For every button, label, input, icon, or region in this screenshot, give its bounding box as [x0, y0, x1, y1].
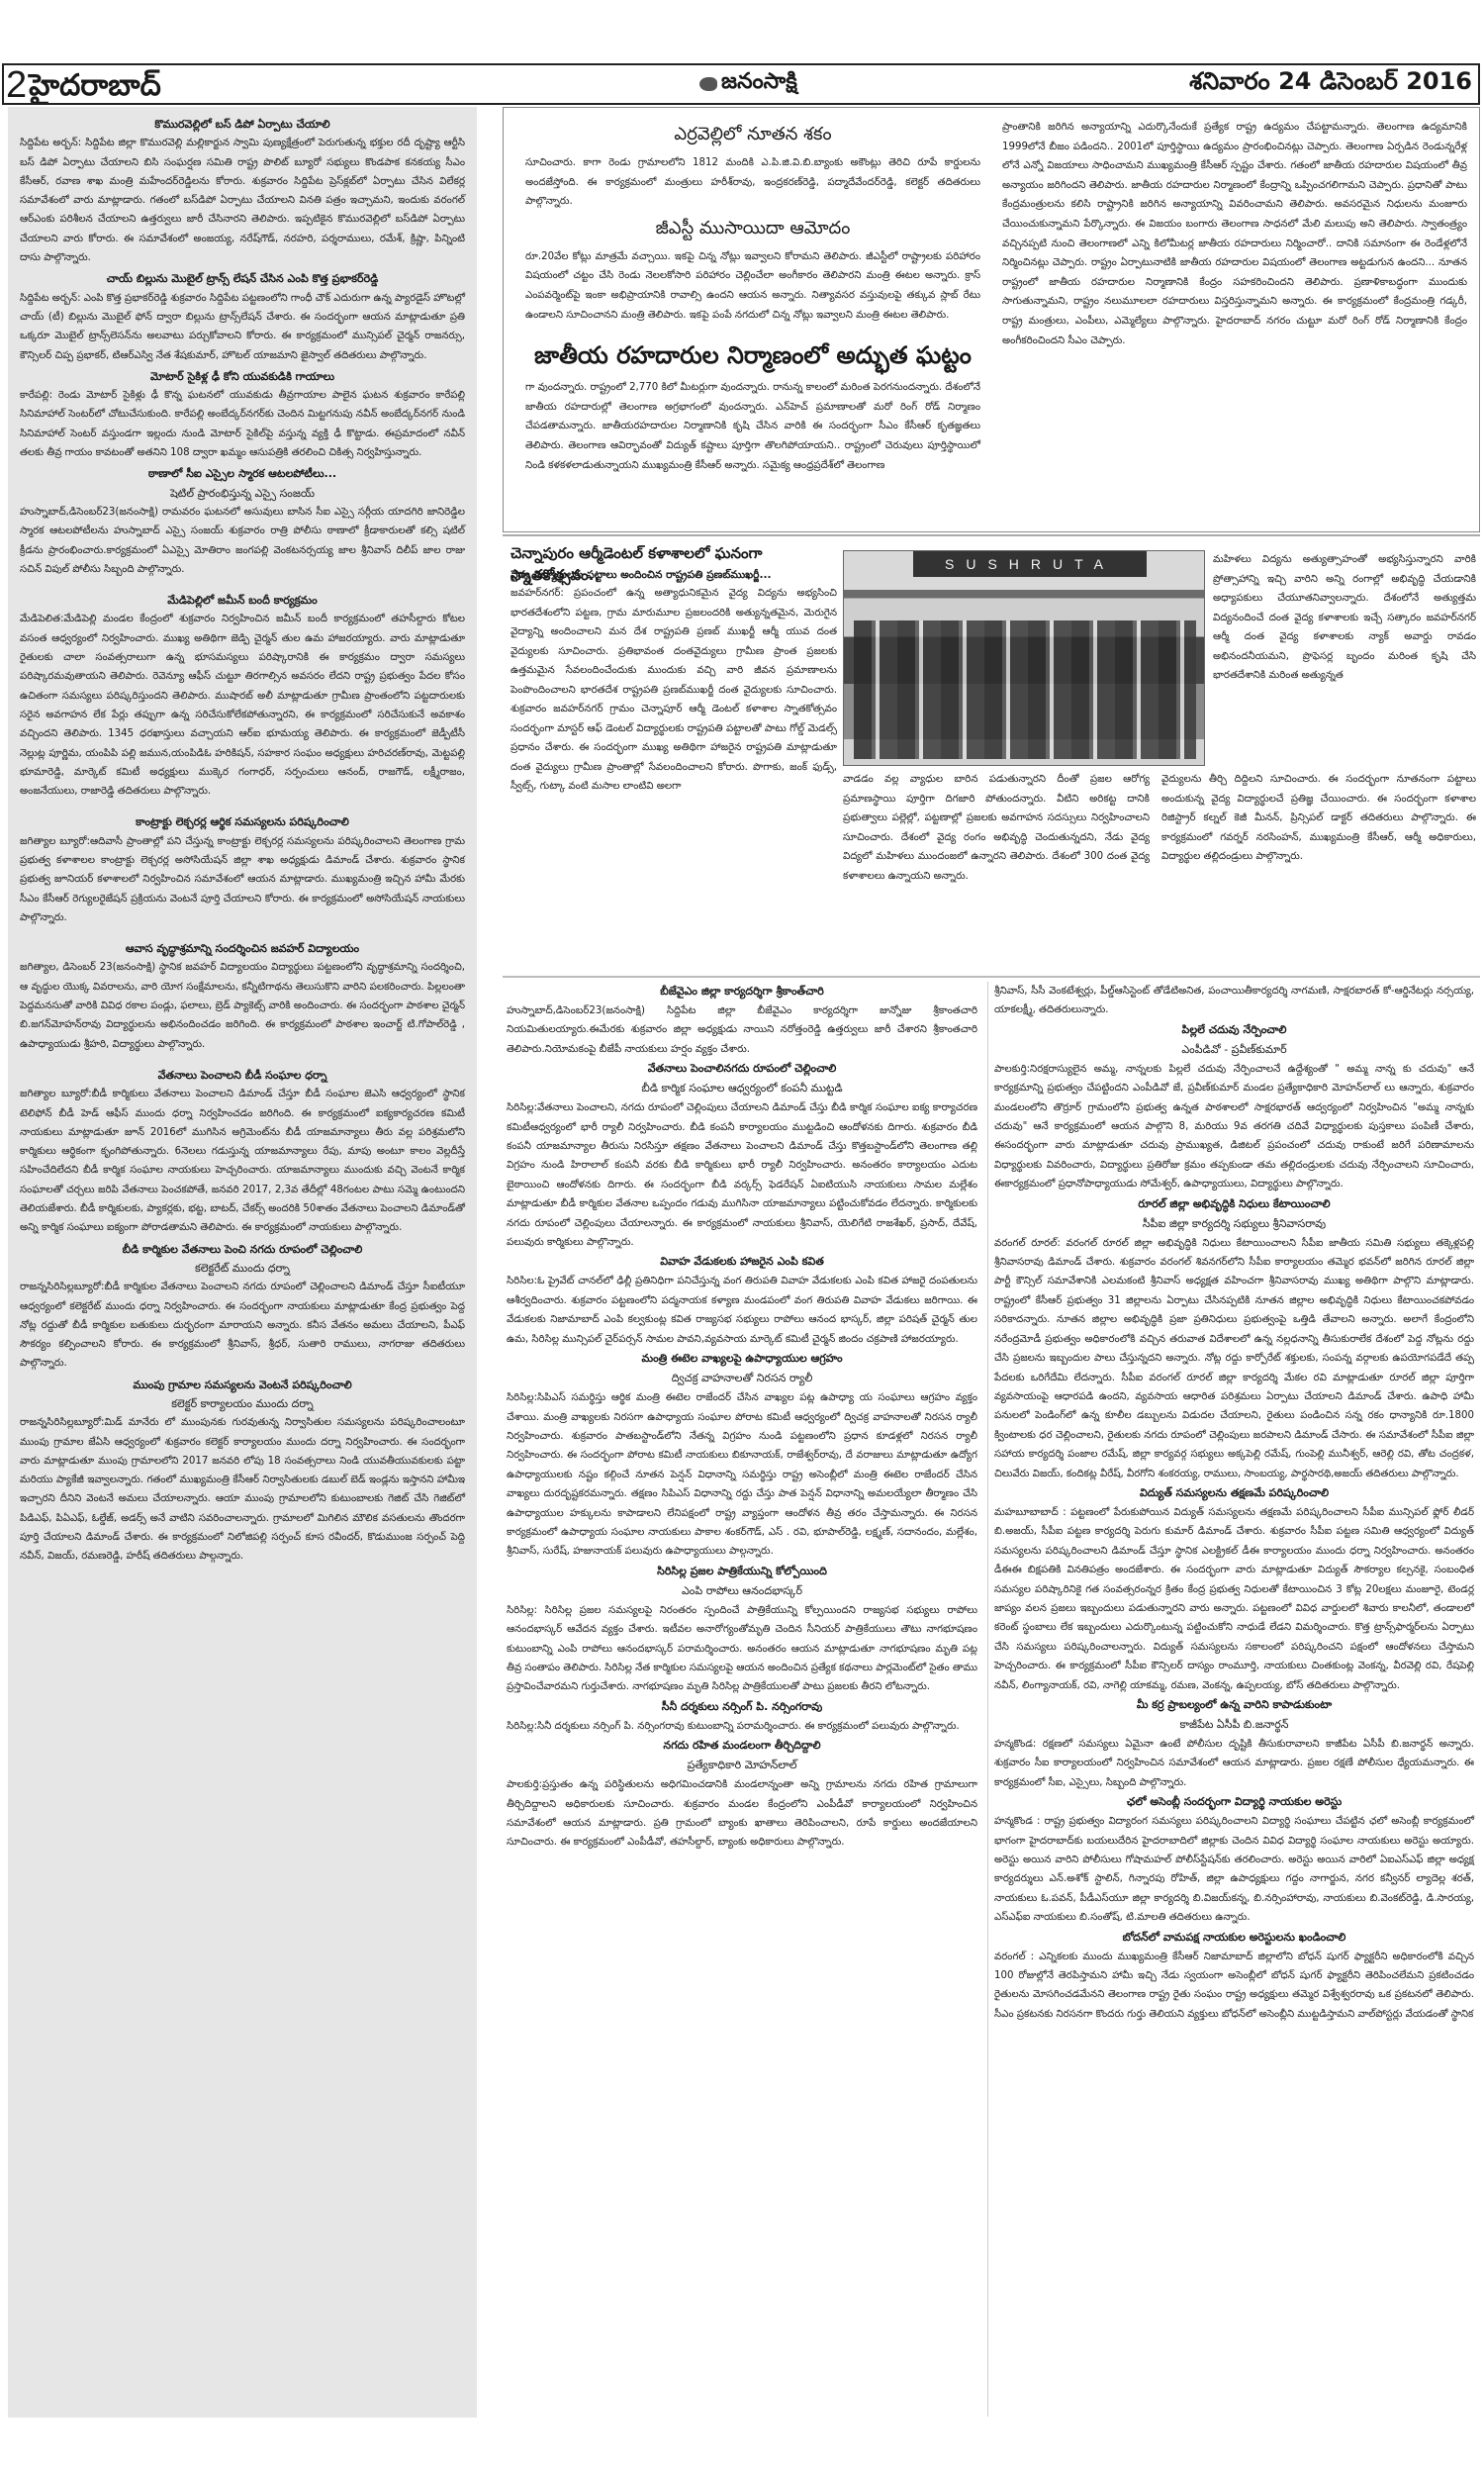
headline: వివాహ వేడుకలకు హాజరైన ఎంపి కవిత [507, 1252, 977, 1272]
headline: సిరిసిల్ల ప్రజల పాత్రికేయున్ని కోల్పోయిం… [507, 1562, 977, 1581]
article: శ్రీనివాస్, సీసీ వెంకటేశ్వర్లు, పీల్డ్‌ఆ… [994, 982, 1474, 1020]
article-body: సిరిసిల్ల:సిపిఎస్ సమర్థిస్తు ఆర్థిక మంత్… [507, 1388, 977, 1562]
subheadline: వైద్య విద్యార్థులకు పట్టాలు అందించిన రాష… [510, 566, 837, 584]
spacer [20, 579, 465, 589]
article-body: హన్మకొండ : రాష్ట్ర ప్రభుత్వం విద్యారంగ స… [994, 1812, 1474, 1927]
article-body: వరంగల్ రూరల్: వరంగల్ రూరల్ జిల్లా అభివృద… [994, 1234, 1474, 1483]
article-body: హుస్నాబాద్,డిసెంబర్23(జనంసాక్షి) సిద్దిప… [507, 1001, 977, 1059]
headline: జాతీయ రహదారుల నిర్మాణంలో అద్భుత ఘట్టం [525, 336, 980, 374]
article-body: సిరిసిల్ల:వేతనాలు పెంచాలని, నగదు రూపంలో … [507, 1098, 977, 1252]
section-divider [503, 976, 1480, 978]
spacer [20, 927, 465, 937]
article: ఆవాస వృద్ధాశ్రమాన్ని సందర్శించిన జవహర్ వ… [20, 939, 465, 1054]
left-column: కొమురవెల్లిలో బస్ డిపో ఏర్పాటు చేయాలి సి… [8, 107, 477, 2418]
headline: బీజేవైఎం జిల్లా కార్యదర్శిగా శ్రీకాంత్‌చ… [507, 982, 977, 1001]
headline: రూరల్ జిల్లా అభివృద్ధికి నిధులు కేటాయించ… [994, 1194, 1474, 1214]
article-body: మేడిపెలిత:మేడిపెల్లి మండల కేంద్రంలో శుక్… [20, 610, 465, 801]
article-body: శ్రీనివాస్, సీసీ వెంకటేశ్వర్లు, పీల్డ్‌ఆ… [994, 982, 1474, 1020]
article-body: జగిత్యాల బ్యూరో:బీడీ కార్మికులు వేతనాలు … [20, 1085, 465, 1237]
article: ఠాణాలో సీఐ ఎస్సైల స్మారక ఆటలపోటీలు... షె… [20, 464, 465, 579]
article: పిల్లలే చదువు నేర్పించాలి ఎంపీడివో - ప్ర… [994, 1020, 1474, 1194]
headline: ఛలో అసెంబ్లీ సందర్భంగా విద్యార్థి నాయకుల… [994, 1792, 1474, 1812]
article-body: జగిత్యాల, డిసెంబర్ 23(జనంసాక్షి) స్థానిక… [20, 958, 465, 1053]
headline: ఠాణాలో సీఐ ఎస్సైల స్మారక ఆటలపోటీలు... [20, 464, 465, 483]
headline: వేతనాలు పెంచాలినగదు రూపంలో చెల్లించాలి [507, 1059, 977, 1079]
article-body: సూచించారు. కాగా రెండు గ్రామాలలోని 1812 మ… [525, 153, 980, 212]
subheadline: ప్రత్యేకాధికారి మోహన్‌లాల్ [507, 1756, 977, 1775]
middle-column: బీజేవైఎం జిల్లా కార్యదర్శిగా శ్రీకాంత్‌చ… [503, 982, 981, 2417]
article-body: రాజన్నసిరిసిల్లబ్యూరో:బీడీ కార్మికుల వేత… [20, 1278, 465, 1373]
headline: కాంట్రాక్టు లెక్చరర్ల ఆర్థిక సమస్యలను పర… [20, 812, 465, 831]
building-sign: SUSHRUTA [913, 551, 1147, 577]
brand-emblem-icon [699, 77, 717, 91]
article-body: గా వుందన్నారు. రాష్ట్రంలో 2,770 కిలో మీట… [525, 378, 980, 475]
article-body: జవహర్‌నగర్: ప్రపంచంలో ఉన్న అత్యాధునికమైన… [510, 584, 837, 797]
article: బోదన్‌లో వామపక్ష నాయకుల అరెస్టులను ఖండిం… [994, 1928, 1474, 2025]
dental-college-story: చెన్నాపురం ఆర్మీడెంటల్ కళాశాలలో ఘనంగా స్… [503, 534, 1480, 970]
article: చాయ్ బిల్లును మొబైల్ ట్రాన్స్ లేషన్ చేసి… [20, 269, 465, 364]
article-body: వాడడం వల్ల వ్యాధుల బారిన పడుతున్నారని దీ… [843, 770, 1150, 886]
article: రూరల్ జిల్లా అభివృద్ధికి నిధులు కేటాయించ… [994, 1194, 1474, 1483]
article-body: వరంగల్ : ఎన్నికలకు ముందు ముఖ్యమంత్రి కేస… [994, 1948, 1474, 2025]
article: సీనీ దర్శకులు నర్సింగ్ పి. నర్సింగరావు స… [507, 1697, 977, 1736]
subheadline: ఎంపి రాపోలు ఆనందభాస్కర్ [507, 1581, 977, 1601]
article-body: మహబూబాబాద్ : పట్టణంలో పేరుకుపోయిన విద్యు… [994, 1503, 1474, 1695]
headline: మీ కర్ర ప్రాబల్యంలో ఉన్న వారిని కాపాడుకు… [994, 1695, 1474, 1715]
article-body: సిరిసిల్ల: సిరిసిల్ల ప్రజల సమస్యలపై నిరం… [507, 1601, 977, 1697]
article: మేడిపెల్లిలో జమీన్ బందీ కార్యక్రమం మేడిప… [20, 591, 465, 801]
article: బీజేవైఎం జిల్లా కార్యదర్శిగా శ్రీకాంత్‌చ… [507, 982, 977, 1059]
brand-logo: జనంసాక్షి [699, 69, 797, 99]
top-feature-left: ఎర్రవెల్లిలో నూతన శకం సూచించారు. కాగా రె… [525, 118, 980, 475]
headline: మోటార్ సైకిళ్ల ఢీ కోని యువకుడికి గాయాలు [20, 367, 465, 386]
article: వేతనాలు పెంచాలినగదు రూపంలో చెల్లించాలి బ… [507, 1059, 977, 1252]
headline: మంత్రి ఈటెల వాఖ్యలపై ఉపాధ్యాయుల ఆగ్రహం [507, 1349, 977, 1369]
masthead-rule [2, 103, 1480, 105]
spacer [20, 1054, 465, 1064]
right-column: శ్రీనివాస్, సీసీ వెంకటేశ్వర్లు, పీల్డ్‌ఆ… [987, 982, 1480, 2417]
article-body: జగిత్యాల బ్యూరో:ఆదివాసీ ప్రాంతాల్లో పని … [20, 832, 465, 927]
headline: బోదన్‌లో వామపక్ష నాయకుల అరెస్టులను ఖండిం… [994, 1928, 1474, 1948]
brand-name: జనంసాక్షి [721, 69, 797, 99]
subheadline: షెటిల్ ప్రారంభిస్తున్న ఎస్సై సంజయ్ [20, 484, 465, 503]
subheadline: బీడి కార్మిక సంఘాల ఆధ్వర్యంలో కంపనీ ముట్… [507, 1079, 977, 1098]
issue-date: శనివారం 24 డిసెంబర్ 2016 [1189, 67, 1472, 101]
headline: కొమురవెల్లిలో బస్ డిపో ఏర్పాటు చేయాలి [20, 115, 465, 134]
headline: పిల్లలే చదువు నేర్పించాలి [994, 1020, 1474, 1040]
headline: మేడిపెల్లిలో జమీన్ బందీ కార్యక్రమం [20, 591, 465, 610]
article-body: పాలకుర్తి:ప్రస్తుతం ఉన్న పరిస్థితులను అధ… [507, 1775, 977, 1853]
article: మీ కర్ర ప్రాబల్యంలో ఉన్న వారిని కాపాడుకు… [994, 1695, 1474, 1792]
article: బీడి కార్మికుల వేతనాలు పెంచి నగదు రూపంలో… [20, 1240, 465, 1374]
article-body: హన్మకొండ: రక్షణలో సమస్యలు ఏమైనా ఉంటే పోల… [994, 1735, 1474, 1792]
subheadline: సీపీఐ జిల్లా కార్యదర్శి సభ్యులు శ్రీనివా… [994, 1214, 1474, 1234]
article-body: సిద్దిపేట అర్బన్: ఎంపి కొత్త ప్రభాకర్‌రె… [20, 289, 465, 365]
headline: ఆవాస వృద్ధాశ్రమాన్ని సందర్శించిన జవహర్ వ… [20, 939, 465, 958]
article: ఛలో అసెంబ్లీ సందర్భంగా విద్యార్థి నాయకుల… [994, 1792, 1474, 1927]
article-body: పాలకుర్తి:నిరక్షరాస్యులైన అమ్మ, నాన్నలకు… [994, 1060, 1474, 1194]
subheadline: ద్విచక్ర వాహనాలతో నిరసన ర్యాలీ [507, 1369, 977, 1388]
article: కొమురవెల్లిలో బస్ డిపో ఏర్పాటు చేయాలి సి… [20, 115, 465, 267]
subheadline: కాజీపేట ఏసీపీ బి.జనార్థన్ [994, 1715, 1474, 1735]
article: కాంట్రాక్టు లెక్చరర్ల ఆర్థిక సమస్యలను పర… [20, 812, 465, 927]
article-body: సిద్దిపేట అర్బన్: సిద్దిపేట జిల్లా కొముర… [20, 134, 465, 267]
headline: సీనీ దర్శకులు నర్సింగ్ పి. నర్సింగరావు [507, 1697, 977, 1717]
article: మోటార్ సైకిళ్ల ఢీ కోని యువకుడికి గాయాలు … [20, 367, 465, 462]
top-feature-box: ఎర్రవెల్లిలో నూతన శకం సూచించారు. కాగా రె… [503, 107, 1480, 532]
top-feature-right: ప్రాంతానికి జరిగిన అన్యాయాన్ని ఎదుర్కొనే… [1002, 118, 1467, 350]
graduates-group-image [854, 620, 1196, 759]
masthead: 2 హైదరాబాద్ జనంసాక్షి శనివారం 24 డిసెంబర… [2, 63, 1480, 103]
article-body: సిరిసిల:ఓ ప్రైవేట్ చానల్‌లో ఢిల్లీ ప్రతి… [507, 1272, 977, 1349]
article: సిరిసిల్ల ప్రజల పాత్రికేయున్ని కోల్పోయిం… [507, 1562, 977, 1697]
section-title: హైదరాబాద్ [29, 69, 161, 103]
newspaper-page: 2 హైదరాబాద్ జనంసాక్షి శనివారం 24 డిసెంబర… [0, 0, 1484, 2475]
convocation-photo: SUSHRUTA [843, 550, 1205, 766]
article: విద్యుత్ సమస్యలను తక్షణమే పరిష్కరించాలి … [994, 1483, 1474, 1695]
article-body: రూ.20వేల కోట్లు మాత్రమే వచ్చాయి. ఇకపై చి… [525, 247, 980, 325]
article: నగదు రహిత మండలంగా తీర్చిదిద్దాలి ప్రత్యే… [507, 1736, 977, 1853]
article-body: కారేపల్లి: రెండు మోటార్ సైకిళ్లు ఢీ కొన్… [20, 386, 465, 462]
headline: నగదు రహిత మండలంగా తీర్చిదిద్దాలి [507, 1736, 977, 1756]
article-body: హుస్నాబాద్,డిసెంబర్23(జనంసాక్షి) రామవరం … [20, 503, 465, 579]
subheadline: కలెక్టరేట్ ముందు ధర్నా [20, 1259, 465, 1278]
page-number: 2 [6, 67, 27, 103]
article: ముంపు గ్రామాల సమస్యలను వెంటనే పరిష్కరించ… [20, 1376, 465, 1567]
headline: చాయ్ బిల్లును మొబైల్ ట్రాన్స్ లేషన్ చేసి… [20, 269, 465, 288]
article: వేతనాలు పెంచాలని బీడీ సంఘాల ధర్నా జగిత్య… [20, 1066, 465, 1238]
article-body: వైద్యులను తీర్చి దిద్దిలని సూచించారు. ఈ … [1161, 770, 1476, 867]
article: వివాహ వేడుకలకు హాజరైన ఎంపి కవిత సిరిసిల:… [507, 1252, 977, 1349]
headline: బీడి కార్మికుల వేతనాలు పెంచి నగదు రూపంలో… [20, 1240, 465, 1259]
article-body: మహిళలు విద్యను అత్యుత్సాహంతో అభ్యసిస్తున… [1213, 550, 1476, 686]
subheadline: కలెక్టర్ కార్యాలయం ముందు దర్నా [20, 1394, 465, 1413]
spacer [20, 801, 465, 810]
article: మంత్రి ఈటెల వాఖ్యలపై ఉపాధ్యాయుల ఆగ్రహం ద… [507, 1349, 977, 1562]
headline: విద్యుత్ సమస్యలను తక్షణమే పరిష్కరించాలి [994, 1483, 1474, 1503]
article-body: సిరిసిల్ల:సినీ దర్శకులు నర్సింగ్ పి. నర్… [507, 1717, 977, 1736]
headline: ఎర్రవెల్లిలో నూతన శకం [525, 120, 980, 149]
headline: జీఎస్టీ ముసాయిదా ఆమోదం [525, 214, 980, 243]
headline: వేతనాలు పెంచాలని బీడీ సంఘాల ధర్నా [20, 1066, 465, 1085]
headline: ముంపు గ్రామాల సమస్యలను వెంటనే పరిష్కరించ… [20, 1376, 465, 1394]
article-body: రాజన్నసిరిసిల్లబ్యూరో:మిడ్ మానేరు లో ముం… [20, 1413, 465, 1566]
subheadline: ఎంపీడివో - ప్రవీణ్‌కుమార్ [994, 1040, 1474, 1060]
